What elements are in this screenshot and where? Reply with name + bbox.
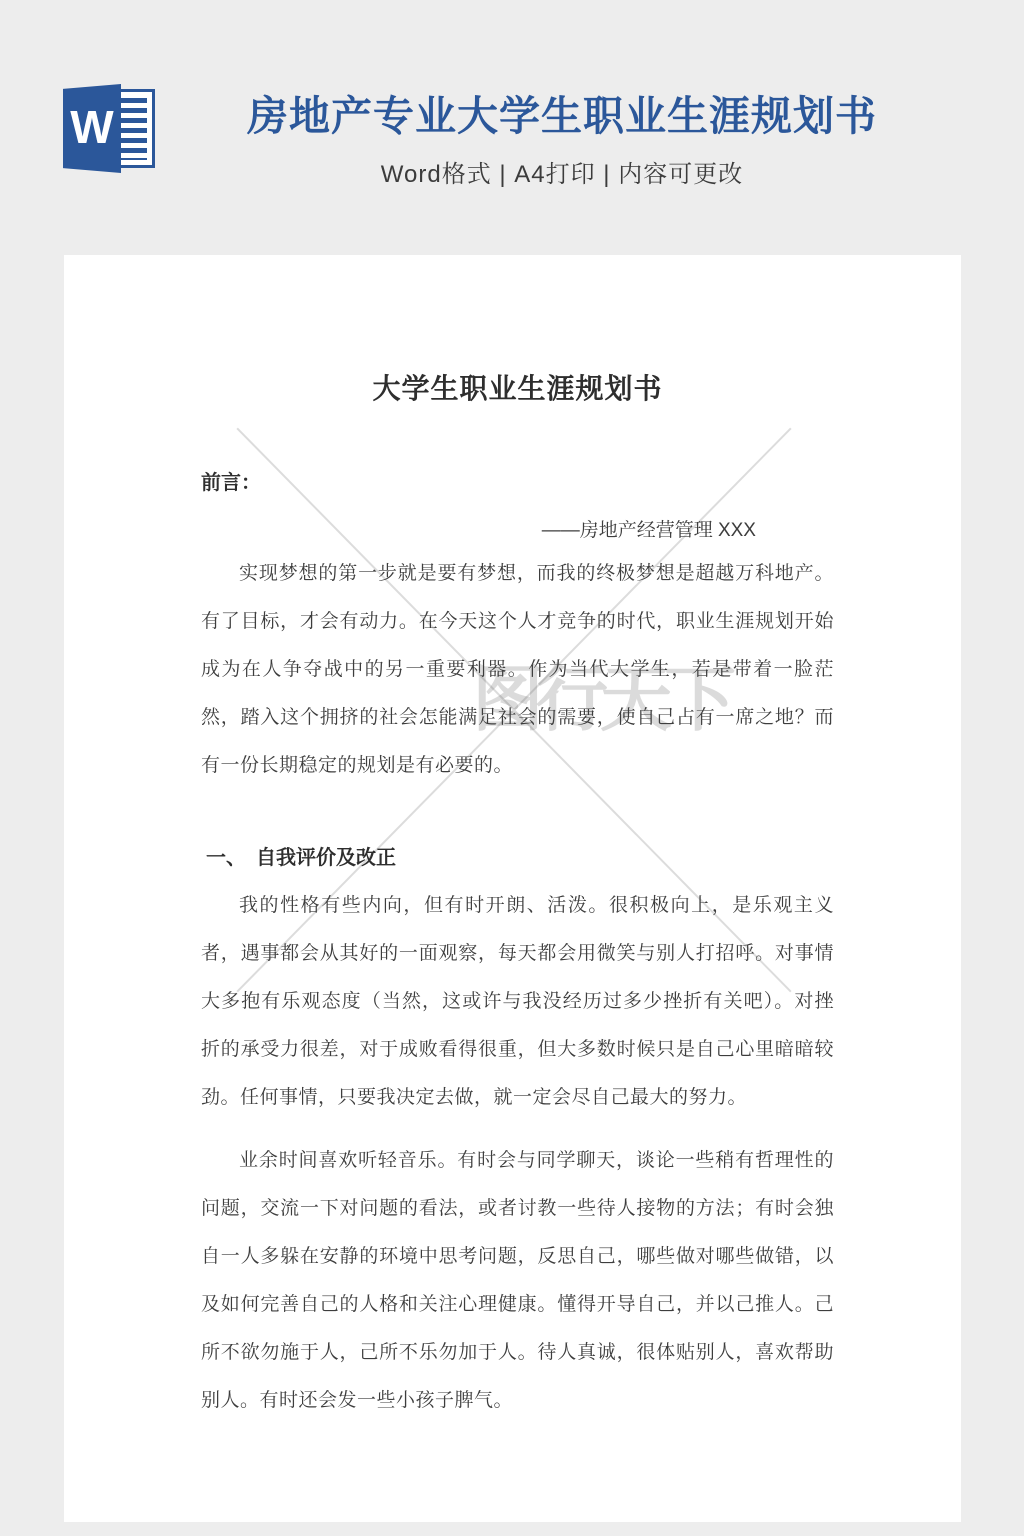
preface-label: 前言：	[201, 471, 834, 495]
document-title: 大学生职业生涯规划书	[201, 372, 834, 405]
paragraph-leisure: 业余时间喜欢听轻音乐。有时会与同学聊天，谈论一些稍有哲理性的问题，交流一下对问题…	[201, 1137, 834, 1425]
page-canvas: W 房地产专业大学生职业生涯规划书 Word格式 | A4打印 | 内容可更改 …	[0, 0, 1024, 1536]
section-heading-self-evaluation: 一、 自我评价及改正	[201, 834, 834, 882]
document-page: 图行天下 大学生职业生涯规划书 前言： ——房地产经营管理 XXX 实现梦想的第…	[64, 255, 961, 1522]
page-subtitle: Word格式 | A4打印 | 内容可更改	[100, 154, 1024, 189]
byline: ——房地产经营管理 XXX	[201, 519, 834, 543]
header: W 房地产专业大学生职业生涯规划书 Word格式 | A4打印 | 内容可更改	[0, 0, 1024, 255]
document-content: 大学生职业生涯规划书 前言： ——房地产经营管理 XXX 实现梦想的第一步就是要…	[64, 255, 961, 1522]
page-title: 房地产专业大学生职业生涯规划书	[100, 94, 1024, 139]
paragraph-personality: 我的性格有些内向，但有时开朗、活泼。很积极向上，是乐观主义者，遇事都会从其好的一…	[201, 882, 834, 1122]
header-text-block: 房地产专业大学生职业生涯规划书 Word格式 | A4打印 | 内容可更改	[100, 94, 1024, 189]
paragraph-intro: 实现梦想的第一步就是要有梦想，而我的终极梦想是超越万科地产。有了目标，才会有动力…	[201, 550, 834, 790]
